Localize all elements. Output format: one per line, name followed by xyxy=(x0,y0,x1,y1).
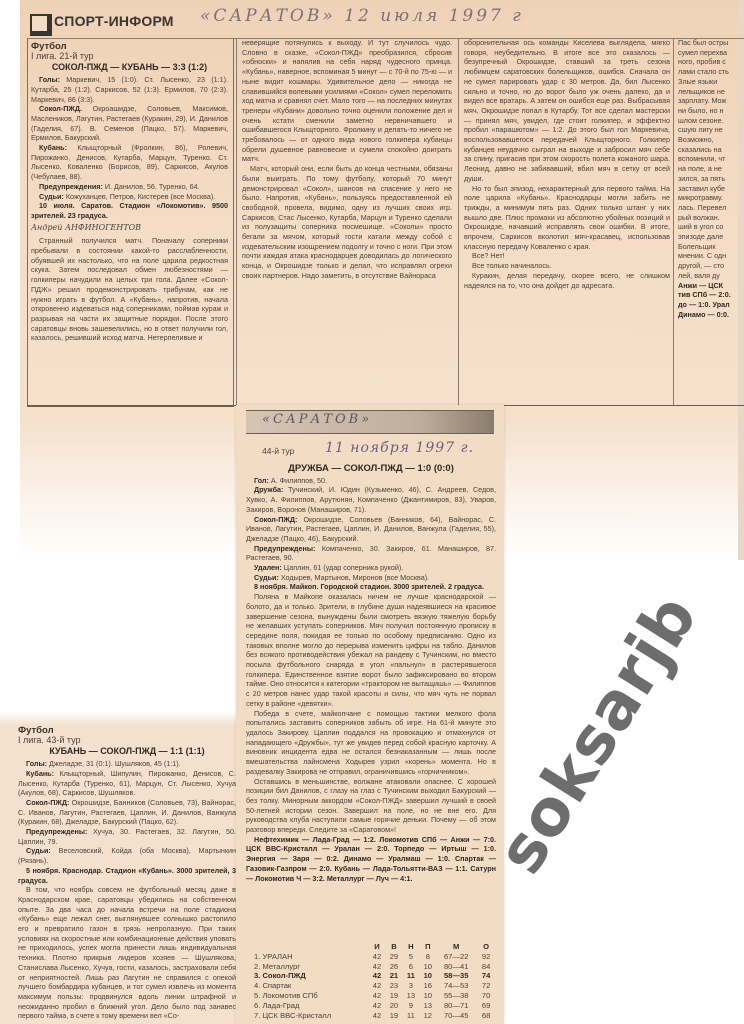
text-fragment: мнении. С одн xyxy=(678,251,740,261)
table-cell: 80—71 xyxy=(436,1001,476,1011)
table-cell: 13 xyxy=(402,991,419,1001)
table-cell: М xyxy=(436,942,476,952)
result-fragment: Динамо — 0:0. xyxy=(678,310,740,320)
referees-line: Судьи: Веселовский, Койда (оба Москва), … xyxy=(18,846,236,865)
table-cell: 11 xyxy=(402,971,419,981)
text-fragment: ного, пробив с xyxy=(678,57,740,67)
handwritten-source-date: «САРАТОВ» 12 июля 1997 г xyxy=(200,6,524,26)
text-fragment: ший в угол со xyxy=(678,222,740,232)
table-cell: 12 xyxy=(419,1011,436,1021)
table-cell: 42 xyxy=(369,952,386,962)
table-cell: 74 xyxy=(476,971,496,981)
result-fragment: Анжи — ЦСК xyxy=(678,281,740,291)
warnings-line: Предупреждения: И. Данилов, 56. Туренко,… xyxy=(31,182,228,192)
lineup-away: Сокол-ПЖД: Окрошидзе, Соловьев (Банников… xyxy=(246,515,496,544)
column-2: неверящие потянулись к выходу. И тут слу… xyxy=(242,38,452,281)
column-4-truncated: Пас был острысумел перехваного, пробив с… xyxy=(678,38,740,319)
table-cell: 23 xyxy=(385,981,402,991)
masthead-title: СПОРТ-ИНФОРМ xyxy=(54,13,174,29)
text-fragment: Возможно, xyxy=(678,135,740,145)
table-row: 4. Спартак422331674—5372 xyxy=(254,981,496,991)
table-row: 1. УРАЛАН42295867—2292 xyxy=(254,952,496,962)
table-cell: 3 xyxy=(402,981,419,991)
table-cell: 84 xyxy=(476,962,496,972)
table-cell: 92 xyxy=(476,952,496,962)
text-fragment: заставил кубе xyxy=(678,184,740,194)
text-fragment: вспомнили, чт xyxy=(678,154,740,164)
text-fragment: на поле, а не xyxy=(678,164,740,174)
text-fragment: ни было, но н xyxy=(678,106,740,116)
table-cell: В xyxy=(385,942,402,952)
round-43-report: Футбол I лига. 43-й тур КУБАНЬ — СОКОЛ-П… xyxy=(18,726,236,1021)
table-cell: 1. УРАЛАН xyxy=(254,952,369,962)
round-results: Нефтехимик — Лада-Град — 1:2. Локомотив … xyxy=(246,835,496,884)
venue-line: 5 ноября. Краснодар. Стадион «Кубань». 3… xyxy=(18,866,236,885)
table-cell: О xyxy=(476,942,496,952)
text-fragment: зарплату. Мож xyxy=(678,96,740,106)
venue-line: 8 ноября. Майкоп. Городской стадион. 300… xyxy=(246,582,496,592)
table-cell: 72 xyxy=(476,981,496,991)
table-cell: 3. Сокол-ПЖД xyxy=(254,971,369,981)
article-paragraph: Все только начиналось. xyxy=(464,261,670,271)
goals-line: Голы: Джеладзе, 31 (0:1). Шушляков, 45 (… xyxy=(18,759,236,769)
column-rule xyxy=(236,38,237,405)
lineup-away: Кубань: Клыщторный (Фролкин, 86), Ролеви… xyxy=(31,143,228,182)
text-fragment: лась. Перевел xyxy=(678,203,740,213)
author-byline: Андрей АНФИНОГЕНТОВ xyxy=(31,223,228,233)
text-fragment: лами стало сть xyxy=(678,67,740,77)
text-fragment: сумел перехва xyxy=(678,48,740,58)
text-fragment: лей, валя ду xyxy=(678,271,740,281)
article-paragraph: неверящие потянулись к выходу. И тут слу… xyxy=(242,38,452,164)
table-cell: 11 xyxy=(402,1011,419,1021)
table-row: 3. Сокол-ПЖД4221111058—3574 xyxy=(254,971,496,981)
text-fragment: эпизоде дале xyxy=(678,232,740,242)
article-paragraph: Оставшись в меньшинстве, волжане атакова… xyxy=(246,777,496,835)
table-cell: 42 xyxy=(369,981,386,991)
table-cell: 42 xyxy=(369,1001,386,1011)
article-paragraph: оборонительная ось команды Киселева выгл… xyxy=(464,38,670,184)
table-row: 7. ЦСК ВВС-Кристалл4219111270—4568 xyxy=(254,1011,496,1021)
table-cell: И xyxy=(369,942,386,952)
table-row: 6. Лада-Град422091380—7169 xyxy=(254,1001,496,1011)
result-fragment: тив СПб — 2:0. xyxy=(678,290,740,300)
table-cell: 19 xyxy=(385,991,402,1001)
venue-line: 10 июля. Саратов. Стадион «Локомотив». 9… xyxy=(31,201,228,220)
table-cell: 42 xyxy=(369,1011,386,1021)
sentoff-line: Удален: Цаплин, 61 (удар соперника рукой… xyxy=(246,563,496,573)
table-cell: 42 xyxy=(369,962,386,972)
table-cell: 8 xyxy=(419,952,436,962)
handwritten-date: 11 ноября 1997 г. xyxy=(325,440,474,456)
table-cell: 10 xyxy=(419,971,436,981)
goals-line: Голы: Маркевич, 15 (1:0). Ст. Лысенко, 2… xyxy=(31,75,228,104)
match-score: СОКОЛ-ПЖД — КУБАНЬ — 3:3 (1:2) xyxy=(31,63,228,73)
league-standings-table: ИВНПМО1. УРАЛАН42295867—22922. Металлург… xyxy=(254,942,496,1020)
text-fragment: рый волжан. xyxy=(678,213,740,223)
table-cell: 69 xyxy=(476,1001,496,1011)
text-fragment: другой, — сто xyxy=(678,261,740,271)
warnings-line: Предупреждены: Хучуа, 30. Растегаев, 32.… xyxy=(18,827,236,846)
article-paragraph: Куракин, делая передачу, скорее всего, н… xyxy=(464,271,670,290)
article-body: В том, что ноябрь совсем не футбольный м… xyxy=(18,885,236,1021)
table-cell: 13 xyxy=(419,1001,436,1011)
table-cell: Н xyxy=(402,942,419,952)
table-cell: 68 xyxy=(476,1011,496,1021)
table-cell: 80—41 xyxy=(436,962,476,972)
column-rule xyxy=(673,38,674,405)
table-cell: 7. ЦСК ВВС-Кристалл xyxy=(254,1011,369,1021)
article-paragraph: Матч, который они, если быть до конца че… xyxy=(242,164,452,280)
referees-line: Судьи: Ходырев, Мартынов, Миронов (все М… xyxy=(246,573,496,583)
table-cell: 42 xyxy=(369,991,386,1001)
text-fragment: сказались на xyxy=(678,145,740,155)
table-row: 5. Локомотив СПб4219131055—3870 xyxy=(254,991,496,1001)
column-rule xyxy=(458,38,459,405)
text-fragment: шлом сезоне. xyxy=(678,116,740,126)
table-cell: 6. Лада-Град xyxy=(254,1001,369,1011)
table-cell: 67—22 xyxy=(436,952,476,962)
table-cell: 10 xyxy=(419,991,436,1001)
match-score: КУБАНЬ — СОКОЛ-ПЖД — 1:1 (1:1) xyxy=(18,747,236,757)
table-cell xyxy=(254,942,369,952)
column-3: оборонительная ось команды Киселева выгл… xyxy=(464,38,670,290)
table-cell: 42 xyxy=(369,971,386,981)
table-cell: 16 xyxy=(419,981,436,991)
tour-label: I лига. 21-й тур xyxy=(31,52,228,62)
table-row: 2. Металлург422661080—4184 xyxy=(254,962,496,972)
result-fragment: до — 1:0. Урал xyxy=(678,300,740,310)
lineup-home: Кубань: Клыщторный, Шипулин, Пирожанко, … xyxy=(18,769,236,798)
text-fragment: Болельщик xyxy=(678,242,740,252)
table-cell: 70—45 xyxy=(436,1011,476,1021)
text-fragment: микротравму. xyxy=(678,193,740,203)
table-cell: 5. Локомотив СПб xyxy=(254,991,369,1001)
lineup-away: Сокол-ПЖД: Окрошидзе, Банников (Соловьев… xyxy=(18,798,236,827)
table-cell: 74—53 xyxy=(436,981,476,991)
goal-line: Гол: А. Филиппов, 50. xyxy=(246,476,496,486)
lineup-home: Дружба: Тучинский, И. Юдин (Кузьменко, 4… xyxy=(246,485,496,514)
text-fragment: сшую лигу не xyxy=(678,125,740,135)
table-cell: 21 xyxy=(385,971,402,981)
table-cell: 4. Спартак xyxy=(254,981,369,991)
table-cell: 9 xyxy=(402,1001,419,1011)
table-cell: 20 xyxy=(385,1001,402,1011)
article-paragraph: Победа в счете, майкопчане с помощью так… xyxy=(246,709,496,777)
handwritten-source: «САРАТОВ» xyxy=(262,412,372,427)
table-cell: 29 xyxy=(385,952,402,962)
table-cell: 26 xyxy=(385,962,402,972)
round-44-report: ДРУЖБА — СОКОЛ-ПЖД — 1:0 (0:0) Гол: А. Ф… xyxy=(246,462,496,883)
tour-label: I лига. 43-й тур xyxy=(18,736,236,746)
text-fragment: лельщиков не xyxy=(678,87,740,97)
table-cell: 70 xyxy=(476,991,496,1001)
article-paragraph: Все? Нет! xyxy=(464,251,670,261)
warnings-line: Предупреждены: Компаченко, 30. Закиров, … xyxy=(246,544,496,563)
table-cell: 5 xyxy=(402,952,419,962)
table-cell: П xyxy=(419,942,436,952)
table-cell: 55—38 xyxy=(436,991,476,1001)
article-paragraph: Поляна в Майкопе оказалась ничем не лучш… xyxy=(246,592,496,708)
text-fragment: зился, за пять xyxy=(678,174,740,184)
referees-line: Судьи: Кожуханцев, Петров, Кистерев (все… xyxy=(31,192,228,202)
table-cell: 10 xyxy=(419,962,436,972)
text-fragment: Пас был остры xyxy=(678,38,740,48)
table-cell: 2. Металлург xyxy=(254,962,369,972)
table-cell: 6 xyxy=(402,962,419,972)
article-paragraph: Но то был эпизод, нехарактерный для перв… xyxy=(464,184,670,252)
column-1: Футбол I лига. 21-й тур СОКОЛ-ПЖД — КУБА… xyxy=(31,42,228,343)
article-body: Странный получился матч. Поначалу соперн… xyxy=(31,236,228,343)
table-cell: 19 xyxy=(385,1011,402,1021)
table-header: ИВНПМО xyxy=(254,942,496,952)
tour-label: 44-й тур xyxy=(262,446,294,456)
text-fragment: Злые языки xyxy=(678,77,740,87)
sport-inform-logo-icon xyxy=(30,14,52,36)
table-cell: 58—35 xyxy=(436,971,476,981)
match-score: ДРУЖБА — СОКОЛ-ПЖД — 1:0 (0:0) xyxy=(246,464,496,474)
lineup-home: Сокол-ПЖД. Окроашидзе, Соловьев, Максимо… xyxy=(31,104,228,143)
watermark: soksarjb xyxy=(484,582,713,887)
